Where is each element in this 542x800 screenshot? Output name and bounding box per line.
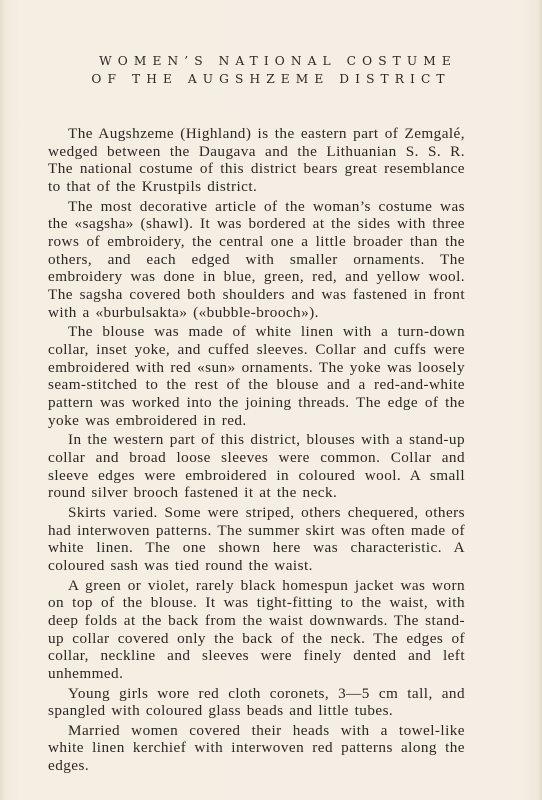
paragraph-blouse: The blouse was made of white linen with … (48, 323, 465, 429)
body-text: The Augshzeme (Highland) is the eastern … (48, 125, 465, 777)
title-line-2: OF THE AUGSHZEME DISTRICT (0, 70, 542, 88)
paragraph-western-blouse: In the western part of this district, bl… (48, 431, 465, 502)
paragraph-skirts: Skirts varied. Some were striped, others… (48, 504, 465, 575)
paragraph-shawl: The most decorative article of the woman… (48, 198, 465, 322)
paragraph-jacket: A green or violet, rarely black homespun… (48, 577, 465, 683)
paragraph-coronets: Young girls wore red cloth coronets, 3—5… (48, 685, 465, 720)
page-title: WOMEN’S NATIONAL COSTUME OF THE AUGSHZEM… (0, 52, 542, 88)
title-line-1: WOMEN’S NATIONAL COSTUME (0, 52, 542, 70)
book-page: WOMEN’S NATIONAL COSTUME OF THE AUGSHZEM… (0, 0, 542, 800)
paragraph-kerchief: Married women covered their heads with a… (48, 722, 465, 775)
paragraph-intro: The Augshzeme (Highland) is the eastern … (48, 125, 465, 196)
